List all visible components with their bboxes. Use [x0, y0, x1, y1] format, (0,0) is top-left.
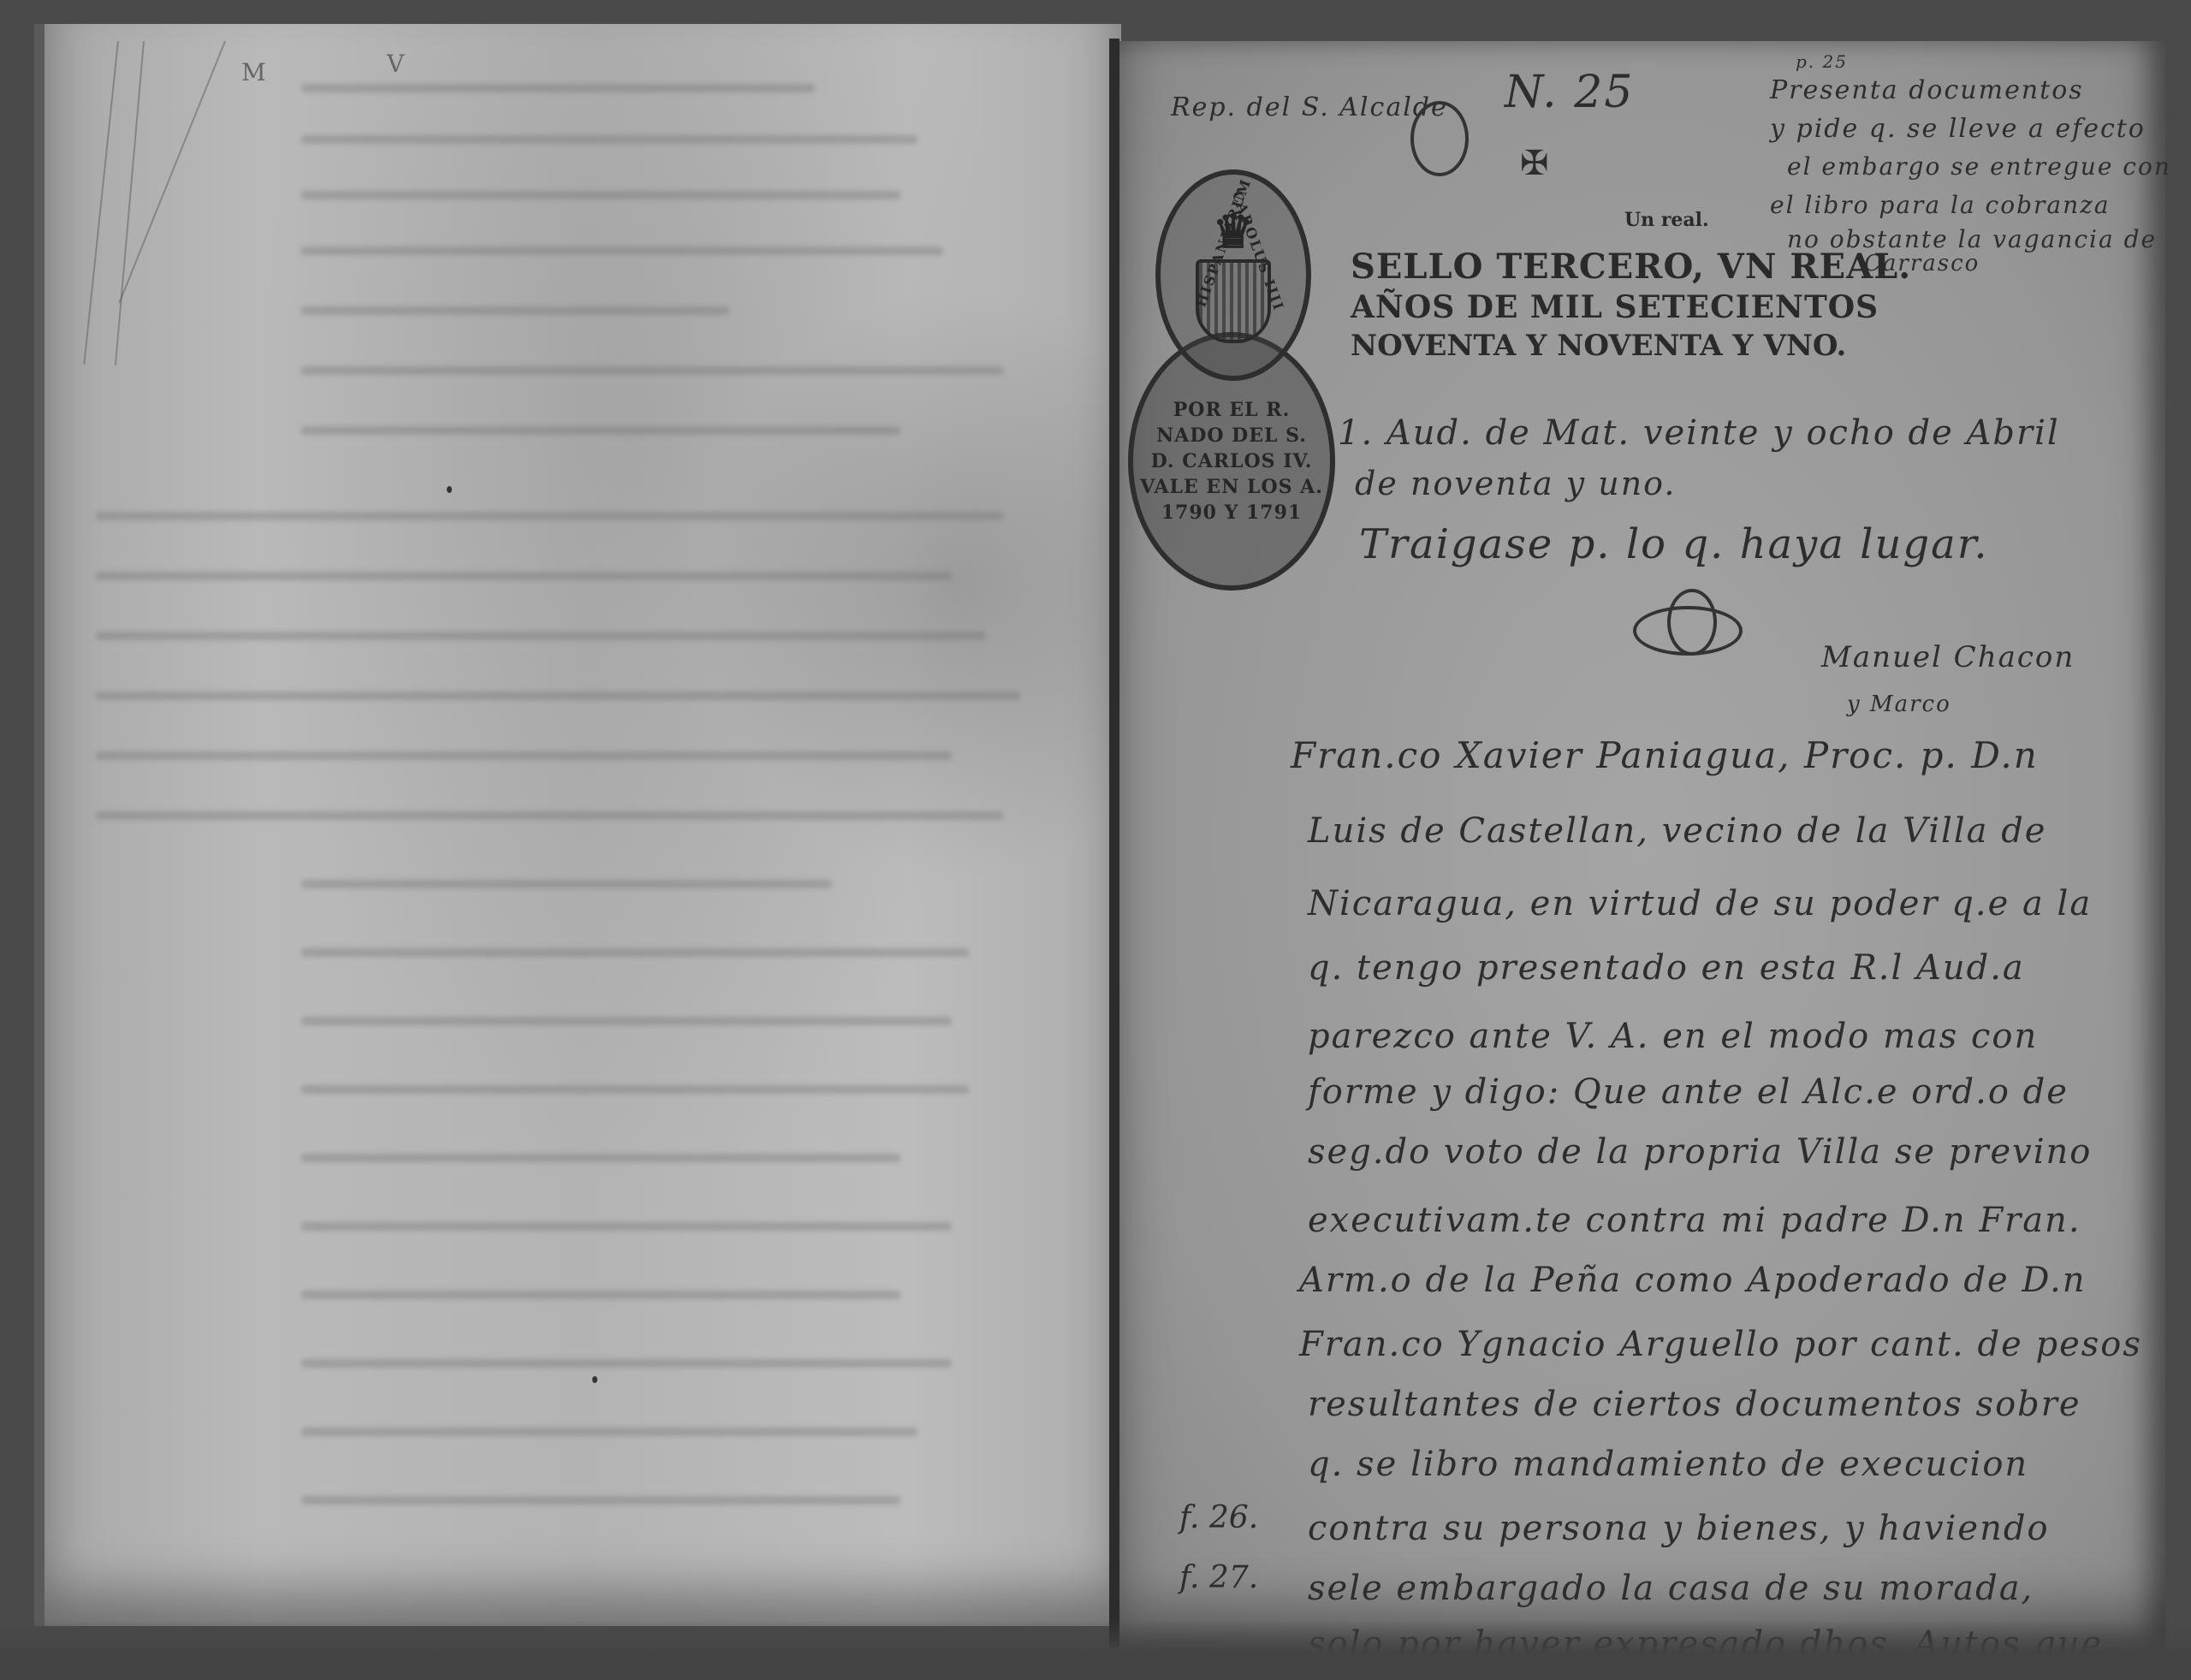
stamp-small-label: Un real. [1624, 209, 1709, 231]
body-line: seg.do voto de la propria Villa se previ… [1308, 1132, 2092, 1172]
stamp-line-1: SELLO TERCERO, VN REAL. [1351, 246, 1911, 287]
stamp-line-3: NOVENTA Y NOVENTA Y VNO. [1351, 329, 1846, 363]
left-page: M V [34, 24, 1121, 1626]
bleed-through-line [301, 366, 1003, 375]
bleed-through-line [301, 1085, 969, 1094]
stamp-line-2: AÑOS DE MIL SETECIENTOS [1351, 289, 1879, 325]
bleed-through-line [96, 692, 1020, 700]
bleed-through-line [301, 426, 900, 435]
bleed-through-line [301, 246, 943, 255]
bleed-through-line [301, 1154, 900, 1162]
body-line: q. se libro mandamiento de execucion [1308, 1445, 2028, 1484]
bleed-through-line [301, 1291, 900, 1299]
corner-mark: V [387, 50, 404, 78]
signature: Manuel Chacon [1821, 640, 2075, 674]
rubric-flourish [1667, 589, 1717, 656]
body-line: Luis de Castellan, vecino de la Villa de [1308, 811, 2046, 851]
bleed-through-line [301, 84, 815, 92]
body-line: Nicaragua, en virtud de su poder q.e a l… [1308, 884, 2092, 923]
body-line: parezco ante V. A. en el modo mas con [1308, 1017, 2038, 1056]
bleed-through-line [96, 632, 986, 640]
ink-spot [592, 1376, 597, 1383]
body-line: sele embargado la casa de su morada, [1308, 1569, 2034, 1608]
margin-folio-ref: f. 26. [1179, 1500, 1258, 1535]
top-left-annotation: Rep. del S. Alcalde [1171, 92, 1448, 122]
royal-arms-seal: ♛ HISPANIARUM CAROLUS IIII [1155, 169, 1311, 381]
bleed-through-line [301, 948, 969, 957]
bleed-through-line [301, 1017, 952, 1025]
bleed-through-line [301, 1496, 900, 1505]
body-line: resultantes de ciertos documentos sobre [1308, 1385, 2081, 1424]
decree-line: de noventa y uno. [1355, 465, 1676, 502]
decree-line: 1. Aud. de Mat. veinte y ocho de Abril [1338, 413, 2060, 453]
margin-rule [115, 41, 145, 365]
bleed-through-line [96, 512, 1003, 520]
folio-number: N. 25 [1505, 67, 1634, 118]
bleed-through-line [301, 880, 832, 888]
body-line: Fran.co Ygnacio Arguello por cant. de pe… [1299, 1325, 2142, 1364]
corner-mark: M [241, 58, 266, 86]
bleed-through-line [301, 1222, 952, 1231]
body-line: forme y digo: Que ante el Alc.e ord.o de [1308, 1072, 2069, 1112]
margin-rule [118, 41, 225, 304]
body-line: Arm.o de la Peña como Apoderado de D.n [1299, 1261, 2086, 1300]
bleed-through-line [96, 751, 952, 760]
bleed-through-line [301, 135, 917, 144]
bleed-through-line [96, 572, 952, 580]
body-line: contra su persona y bienes, y haviendo [1308, 1509, 2050, 1548]
margin-folio-ref: f. 27. [1179, 1560, 1258, 1595]
right-page: Rep. del S. Alcalde N. 25 p. 25 Presenta… [1119, 41, 2165, 1650]
bleed-through-line [301, 1428, 917, 1436]
body-line: executivam.te contra mi padre D.n Fran. [1308, 1201, 2081, 1240]
body-line: q. tengo presentado en esta R.l Aud.a [1308, 948, 2025, 988]
body-line: Fran.co Xavier Paniagua, Proc. p. D.n [1291, 734, 2039, 776]
decree-line: Traigase p. lo q. haya lugar. [1359, 520, 1989, 568]
signature: y Marco [1847, 692, 1951, 717]
cross-icon: ✠ [1520, 144, 1549, 183]
scan-bottom-edge [0, 1620, 2191, 1680]
bleed-through-line [96, 811, 1003, 820]
rubric-flourish [1410, 101, 1469, 176]
bleed-through-line [301, 306, 729, 315]
book-gutter [1109, 39, 1119, 1647]
margin-rule [83, 41, 119, 365]
bleed-through-line [301, 191, 900, 199]
ink-spot [447, 486, 452, 493]
bleed-through-line [301, 1359, 952, 1368]
